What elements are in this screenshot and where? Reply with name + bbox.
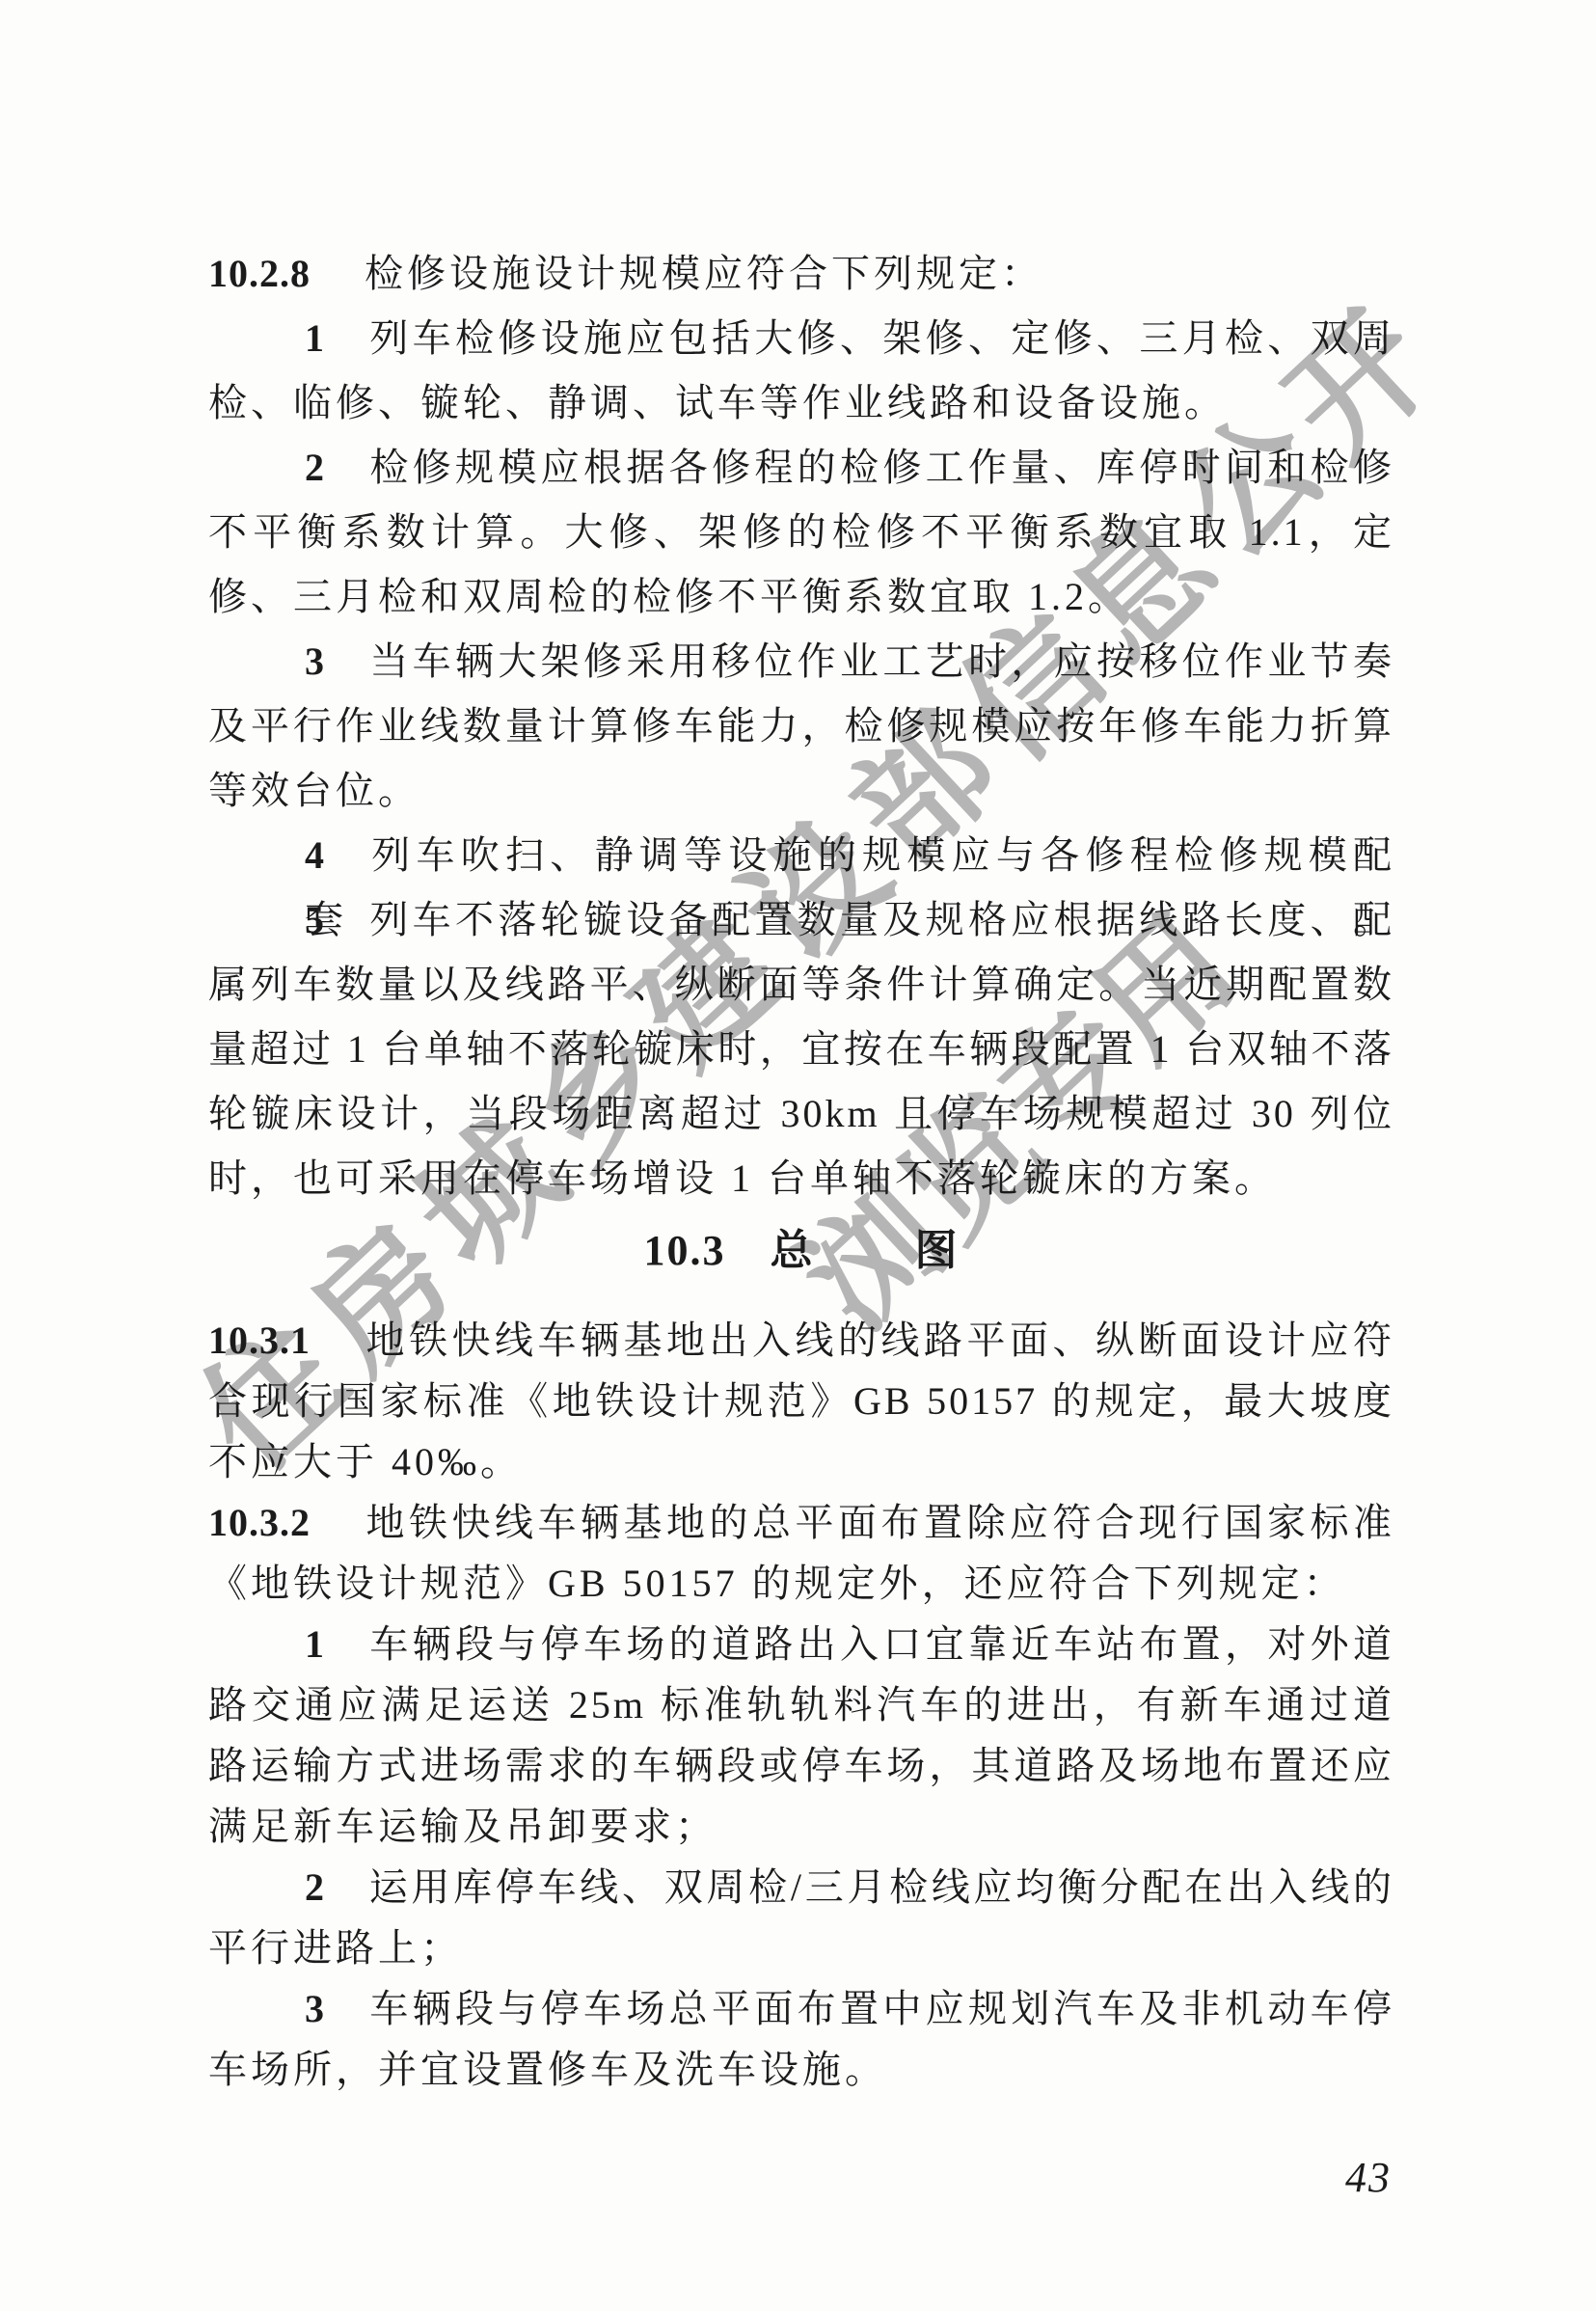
item-number: 2 <box>305 1865 325 1909</box>
text-line: 等效台位。 <box>208 758 1394 823</box>
text-line: 2检修规模应根据各修程的检修工作量、库停时间和检修 <box>208 435 1394 500</box>
line-text: 合现行国家标准《地铁设计规范》GB 50157 的规定，最大坡度 <box>208 1379 1394 1423</box>
text-line: 10.3.2地铁快线车辆基地的总平面布置除应符合现行国家标准 <box>208 1492 1394 1553</box>
line-text: 《地铁设计规范》GB 50157 的规定外，还应符合下列规定： <box>208 1562 1346 1605</box>
text-line: 量超过 1 台单轴不落轮镟床时，宜按在车辆段配置 1 台双轴不落 <box>208 1017 1394 1081</box>
item-number: 3 <box>305 639 325 683</box>
line-text: 等效台位。 <box>208 769 420 812</box>
clause-number: 10.3.1 <box>208 1319 311 1362</box>
line-text: 车场所，并宜设置修车及洗车设施。 <box>208 2048 887 2091</box>
text-line: 路交通应满足运送 25m 标准轨轨料汽车的进出，有新车通过道 <box>208 1674 1394 1735</box>
text-line: 1车辆段与停车场的道路出入口宜靠近车站布置，对外道 <box>208 1614 1394 1674</box>
line-text: 修、三月检和双周检的检修不平衡系数宜取 1.2。 <box>208 575 1130 618</box>
text-line: 轮镟床设计，当段场距离超过 30km 且停车场规模超过 30 列位 <box>208 1081 1394 1146</box>
text-line: 车场所，并宜设置修车及洗车设施。 <box>208 2039 1394 2100</box>
text-line: 及平行作业线数量计算修车能力，检修规模应按年修车能力折算 <box>208 693 1394 758</box>
text-line: 《地铁设计规范》GB 50157 的规定外，还应符合下列规定： <box>208 1553 1394 1614</box>
section-number: 10.3 <box>644 1227 726 1274</box>
text-line: 5列车不落轮镟设备配置数量及规格应根据线路长度、配 <box>208 887 1394 952</box>
line-text: 检、临修、镟轮、静调、试车等作业线路和设备设施。 <box>208 381 1227 424</box>
text-line: 路运输方式进场需求的车辆段或停车场，其道路及场地布置还应 <box>208 1735 1394 1796</box>
item-number: 3 <box>305 1987 325 2030</box>
line-text: 时，也可采用在停车场增设 1 台单轴不落轮镟床的方案。 <box>208 1156 1277 1200</box>
line-text: 检修设施设计规模应符合下列规定： <box>365 252 1043 295</box>
text-line: 10.3.1地铁快线车辆基地出入线的线路平面、纵断面设计应符 <box>208 1310 1394 1371</box>
section-title-char: 总 <box>771 1227 815 1274</box>
item-number: 2 <box>305 446 325 489</box>
text-line: 检、临修、镟轮、静调、试车等作业线路和设备设施。 <box>208 370 1394 435</box>
line-text: 不平衡系数计算。大修、架修的检修不平衡系数宜取 1.1，定 <box>208 510 1394 554</box>
line-text: 轮镟床设计，当段场距离超过 30km 且停车场规模超过 30 列位 <box>208 1092 1394 1135</box>
line-text: 车辆段与停车场的道路出入口宜靠近车站布置，对外道 <box>368 1622 1394 1666</box>
text-line: 平行进路上； <box>208 1917 1394 1978</box>
text-line: 3当车辆大架修采用移位作业工艺时，应按移位作业节奏 <box>208 629 1394 693</box>
text-line: 4列车吹扫、静调等设施的规模应与各修程检修规模配套。 <box>208 823 1394 887</box>
line-text: 及平行作业线数量计算修车能力，检修规模应按年修车能力折算 <box>208 704 1394 748</box>
text-line: 不平衡系数计算。大修、架修的检修不平衡系数宜取 1.1，定 <box>208 500 1394 564</box>
line-text: 满足新车运输及吊卸要求； <box>208 1805 717 1848</box>
text-line: 属列车数量以及线路平、纵断面等条件计算确定。当近期配置数 <box>208 952 1394 1017</box>
text-line: 10.2.8检修设施设计规模应符合下列规定： <box>208 241 1394 306</box>
line-text: 车辆段与停车场总平面布置中应规划汽车及非机动车停 <box>368 1987 1394 2030</box>
line-text: 检修规模应根据各修程的检修工作量、库停时间和检修 <box>368 446 1394 489</box>
text-line: 修、三月检和双周检的检修不平衡系数宜取 1.2。 <box>208 564 1394 629</box>
section-title-char: 图 <box>915 1227 960 1274</box>
text-line: 合现行国家标准《地铁设计规范》GB 50157 的规定，最大坡度 <box>208 1371 1394 1431</box>
text-line: 2运用库停车线、双周检/三月检线应均衡分配在出入线的 <box>208 1857 1394 1917</box>
text-line: 时，也可采用在停车场增设 1 台单轴不落轮镟床的方案。 <box>208 1146 1394 1210</box>
text-line: 满足新车运输及吊卸要求； <box>208 1796 1394 1857</box>
clause-number: 10.2.8 <box>208 252 311 295</box>
line-text: 路交通应满足运送 25m 标准轨轨料汽车的进出，有新车通过道 <box>208 1683 1394 1726</box>
line-text: 平行进路上； <box>208 1926 463 1970</box>
page-number: 43 <box>1345 2153 1392 2202</box>
line-text: 运用库停车线、双周检/三月检线应均衡分配在出入线的 <box>368 1865 1394 1909</box>
line-text: 路运输方式进场需求的车辆段或停车场，其道路及场地布置还应 <box>208 1744 1394 1787</box>
item-number: 1 <box>305 1622 325 1666</box>
item-number: 5 <box>305 898 325 941</box>
clause-number: 10.3.2 <box>208 1501 311 1544</box>
line-text: 属列车数量以及线路平、纵断面等条件计算确定。当近期配置数 <box>208 963 1394 1006</box>
text-line: 不应大于 40‰。 <box>208 1431 1394 1492</box>
item-number: 4 <box>305 833 325 877</box>
line-text: 不应大于 40‰。 <box>208 1440 523 1483</box>
line-text: 量超过 1 台单轴不落轮镟床时，宜按在车辆段配置 1 台双轴不落 <box>208 1027 1394 1071</box>
line-text: 当车辆大架修采用移位作业工艺时，应按移位作业节奏 <box>368 639 1394 683</box>
line-text: 地铁快线车辆基地的总平面布置除应符合现行国家标准 <box>365 1501 1394 1544</box>
item-number: 1 <box>305 316 325 360</box>
line-text: 列车不落轮镟设备配置数量及规格应根据线路长度、配 <box>368 898 1394 941</box>
line-text: 地铁快线车辆基地出入线的线路平面、纵断面设计应符 <box>365 1319 1394 1362</box>
section-heading: 10.3总图 <box>208 1218 1394 1283</box>
document-page: 住房城乡建设部信息公开 浏览专用 10.2.8检修设施设计规模应符合下列规定： … <box>0 0 1596 2311</box>
line-text: 列车检修设施应包括大修、架修、定修、三月检、双周 <box>368 316 1394 360</box>
text-line: 3车辆段与停车场总平面布置中应规划汽车及非机动车停 <box>208 1978 1394 2039</box>
text-content: 10.2.8检修设施设计规模应符合下列规定： 1列车检修设施应包括大修、架修、定… <box>208 241 1394 2100</box>
text-line: 1列车检修设施应包括大修、架修、定修、三月检、双周 <box>208 306 1394 370</box>
